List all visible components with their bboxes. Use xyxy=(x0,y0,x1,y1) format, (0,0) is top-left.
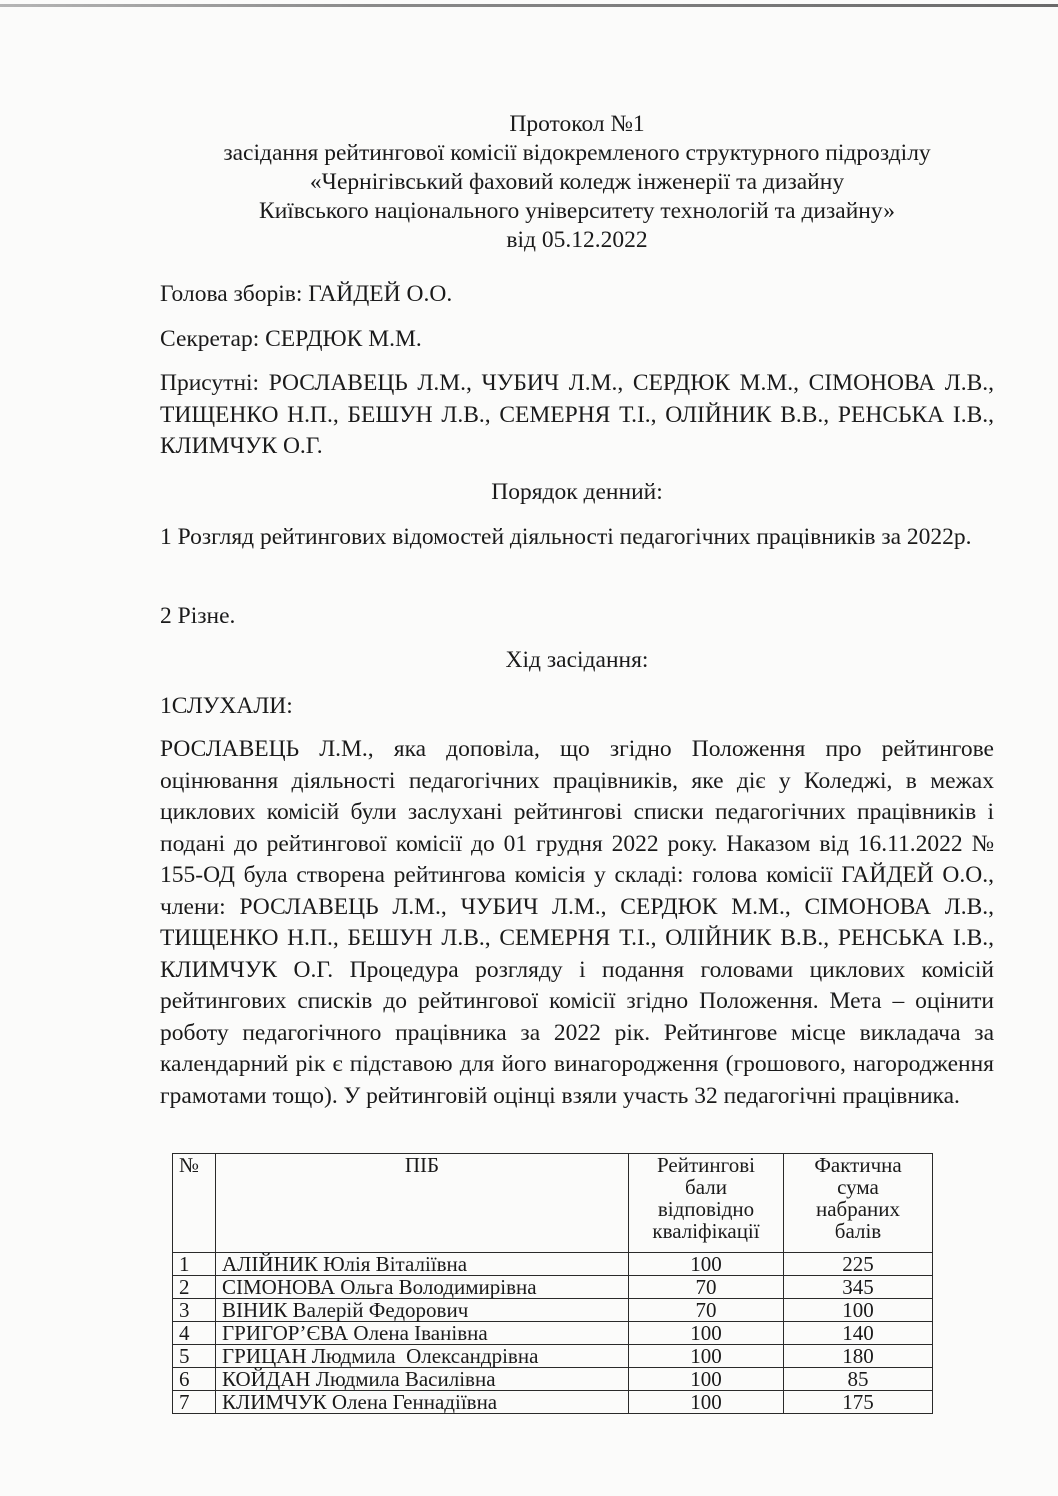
row-actual: 140 xyxy=(784,1322,933,1345)
heard-label: 1СЛУХАЛИ: xyxy=(160,691,994,723)
report-paragraph: РОСЛАВЕЦЬ Л.М., яка доповіла, що згідно … xyxy=(160,734,994,1112)
row-rating: 100 xyxy=(629,1368,784,1391)
header-rating-line: бали xyxy=(635,1176,777,1198)
header-name: ПІБ xyxy=(216,1154,629,1253)
row-name: ГРИЦАН Людмила Олександрівна xyxy=(216,1345,629,1368)
attendees-paragraph: Присутні: РОСЛАВЕЦЬ Л.М., ЧУБИЧ Л.М., СЕ… xyxy=(160,368,994,463)
row-rating: 70 xyxy=(629,1276,784,1299)
subtitle-line: засідання рейтингової комісії відокремле… xyxy=(160,139,994,168)
subtitle-line: «Чернігівський фаховий коледж інженерії … xyxy=(160,168,994,197)
row-num: 6 xyxy=(173,1368,216,1391)
protocol-date: від 05.12.2022 xyxy=(160,226,994,255)
row-actual: 85 xyxy=(784,1368,933,1391)
rating-table: № ПІБ Рейтингові бали відповідно кваліфі… xyxy=(172,1153,933,1414)
row-name: ГРИГОР’ЄВА Олена Іванівна xyxy=(216,1322,629,1345)
row-name: КОЙДАН Людмила Василівна xyxy=(216,1368,629,1391)
row-name: АЛІЙНИК Юлія Віталіївна xyxy=(216,1253,629,1276)
row-rating: 100 xyxy=(629,1322,784,1345)
row-name: СІМОНОВА Ольга Володимирівна xyxy=(216,1276,629,1299)
header-rating-line: кваліфікації xyxy=(635,1220,777,1242)
row-actual: 180 xyxy=(784,1345,933,1368)
row-num: 3 xyxy=(173,1299,216,1322)
row-actual: 175 xyxy=(784,1391,933,1414)
row-rating: 100 xyxy=(629,1345,784,1368)
table-row: 4 ГРИГОР’ЄВА Олена Іванівна 100 140 xyxy=(173,1322,933,1345)
row-actual: 100 xyxy=(784,1299,933,1322)
document-header: Протокол №1 засідання рейтингової комісі… xyxy=(160,110,994,255)
scan-edge-line xyxy=(0,4,1058,7)
row-num: 5 xyxy=(173,1345,216,1368)
agenda-item-2: 2 Різне. xyxy=(160,601,994,633)
header-actual-line: набраних xyxy=(790,1198,926,1220)
row-num: 7 xyxy=(173,1391,216,1414)
row-actual: 225 xyxy=(784,1253,933,1276)
header-rating-line: відповідно xyxy=(635,1198,777,1220)
agenda-item-1: 1 Розгляд рейтингових відомостей діяльно… xyxy=(160,522,994,554)
row-num: 4 xyxy=(173,1322,216,1345)
table-row: 1 АЛІЙНИК Юлія Віталіївна 100 225 xyxy=(173,1253,933,1276)
row-rating: 70 xyxy=(629,1299,784,1322)
chair-line: Голова зборів: ГАЙДЕЙ О.О. xyxy=(160,279,994,311)
header-rating: Рейтингові бали відповідно кваліфікації xyxy=(629,1154,784,1253)
header-actual-line: Фактична xyxy=(790,1154,926,1176)
agenda-heading: Порядок денний: xyxy=(160,477,994,509)
header-actual-line: балів xyxy=(790,1220,926,1242)
secretary-line: Секретар: СЕРДЮК М.М. xyxy=(160,324,994,356)
row-name: ВІНИК Валерій Федорович xyxy=(216,1299,629,1322)
table-row: 7 КЛИМЧУК Олена Геннадіївна 100 175 xyxy=(173,1391,933,1414)
table-row: 5 ГРИЦАН Людмила Олександрівна 100 180 xyxy=(173,1345,933,1368)
row-num: 2 xyxy=(173,1276,216,1299)
table-row: 3 ВІНИК Валерій Федорович 70 100 xyxy=(173,1299,933,1322)
row-num: 1 xyxy=(173,1253,216,1276)
header-actual-line: сума xyxy=(790,1176,926,1198)
table-row: 6 КОЙДАН Людмила Василівна 100 85 xyxy=(173,1368,933,1391)
row-rating: 100 xyxy=(629,1391,784,1414)
table-row: 2 СІМОНОВА Ольга Володимирівна 70 345 xyxy=(173,1276,933,1299)
table-header-row: № ПІБ Рейтингові бали відповідно кваліфі… xyxy=(173,1154,933,1253)
header-num: № xyxy=(173,1154,216,1253)
row-rating: 100 xyxy=(629,1253,784,1276)
proceedings-heading: Хід засідання: xyxy=(160,645,994,677)
row-actual: 345 xyxy=(784,1276,933,1299)
header-actual: Фактична сума набраних балів xyxy=(784,1154,933,1253)
row-name: КЛИМЧУК Олена Геннадіївна xyxy=(216,1391,629,1414)
subtitle-line: Київського національного університету те… xyxy=(160,197,994,226)
header-rating-line: Рейтингові xyxy=(635,1154,777,1176)
protocol-title: Протокол №1 xyxy=(160,110,994,139)
